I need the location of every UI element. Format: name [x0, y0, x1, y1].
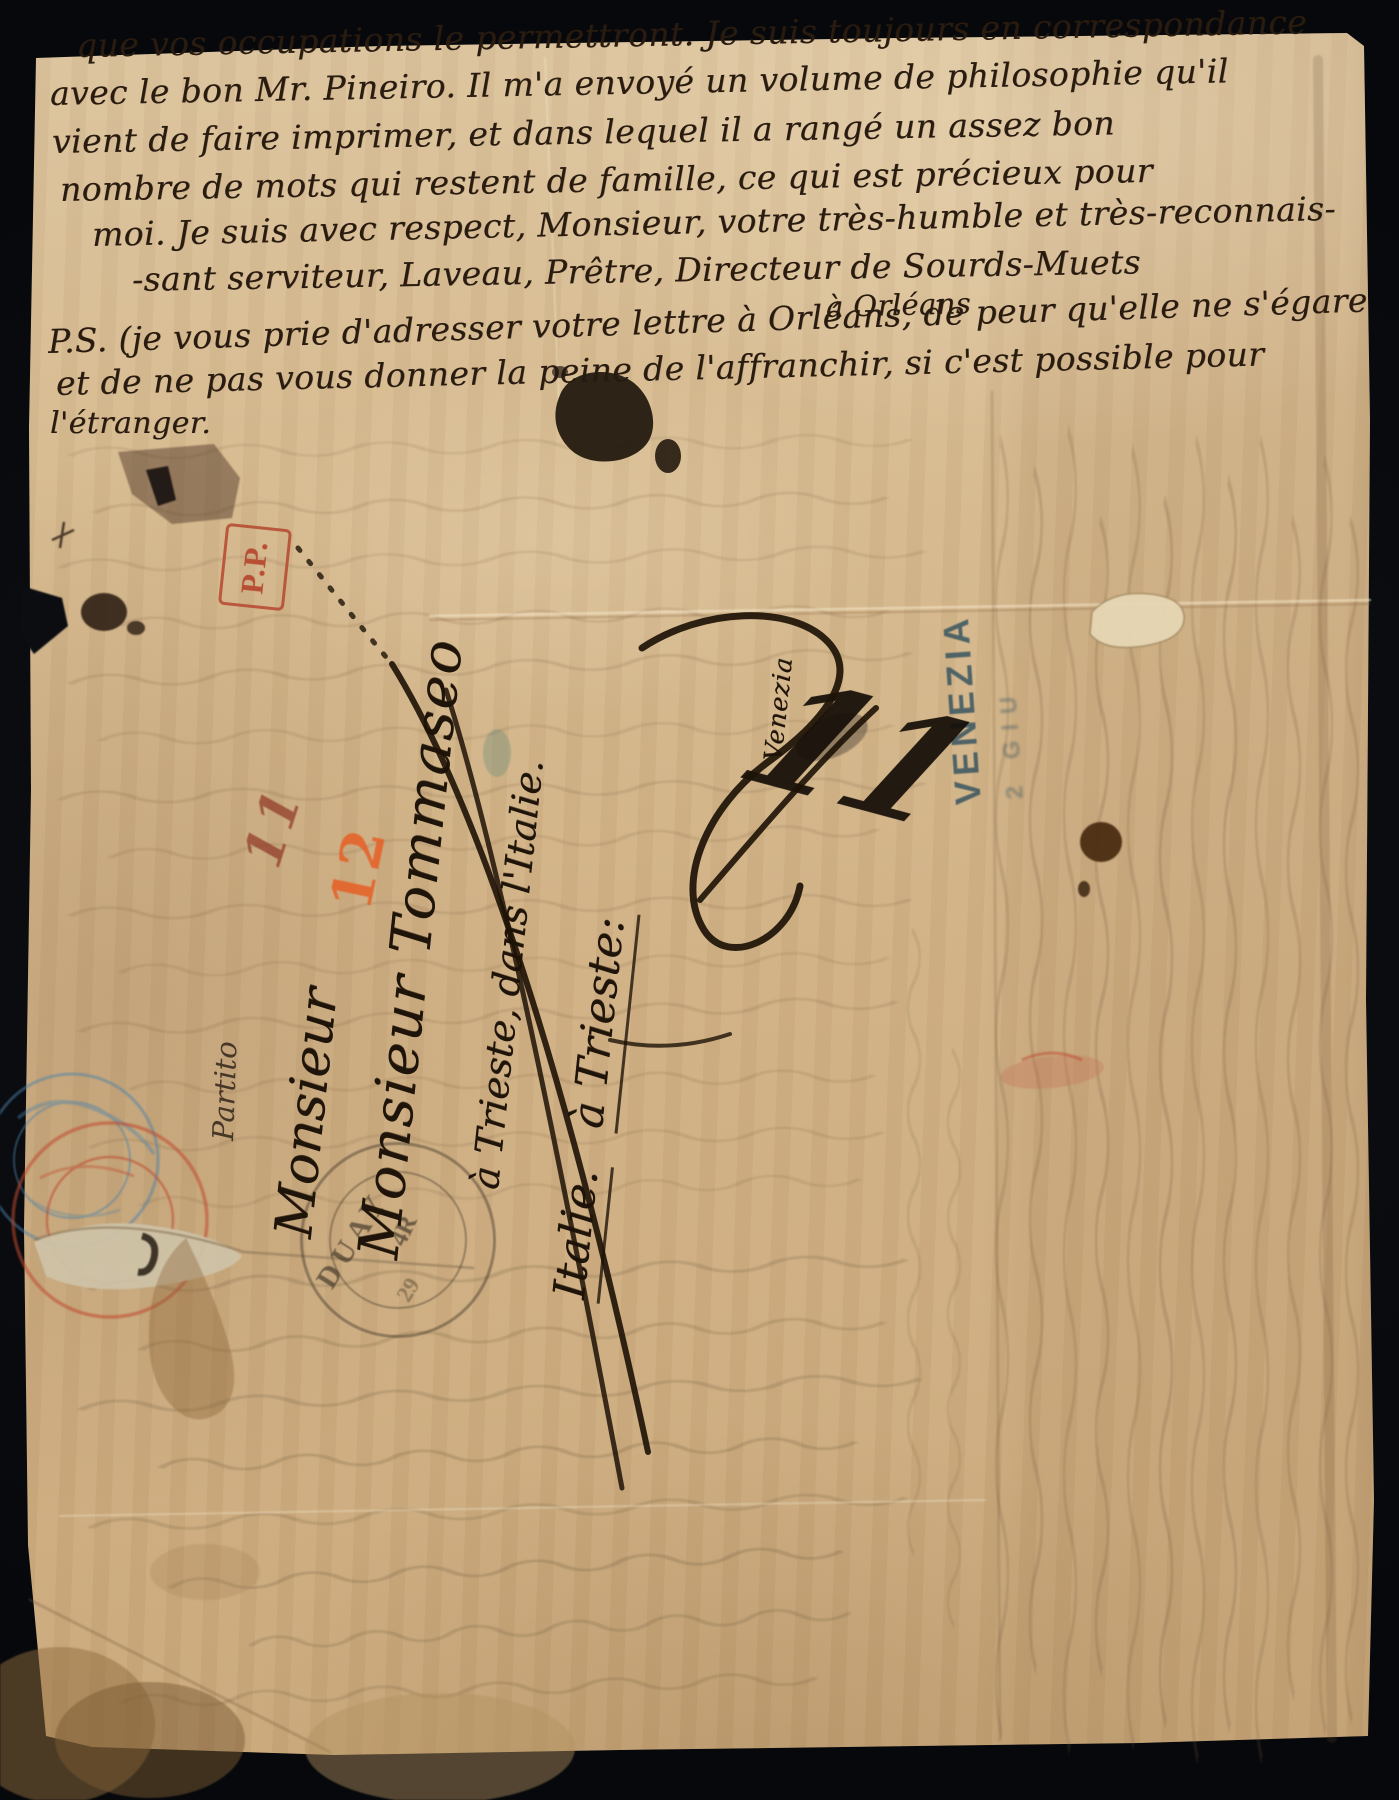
letter-line-postscript: l'étranger.: [50, 406, 211, 441]
address-panel: Monsieur Monsieur Tommaseo à Trieste, da…: [258, 496, 810, 1341]
pp-stamp-text: P.P.: [234, 539, 276, 596]
pp-boxed-stamp: P.P.: [218, 523, 292, 611]
address-country: Italie.: [544, 1161, 614, 1304]
partito-note: Partito: [206, 1041, 243, 1142]
letter-scan: DUAY 4R 29 P.P. VENEZIA 2 GIU 11 12 Part…: [0, 0, 1399, 1800]
address-city: à Trieste:: [562, 909, 641, 1133]
